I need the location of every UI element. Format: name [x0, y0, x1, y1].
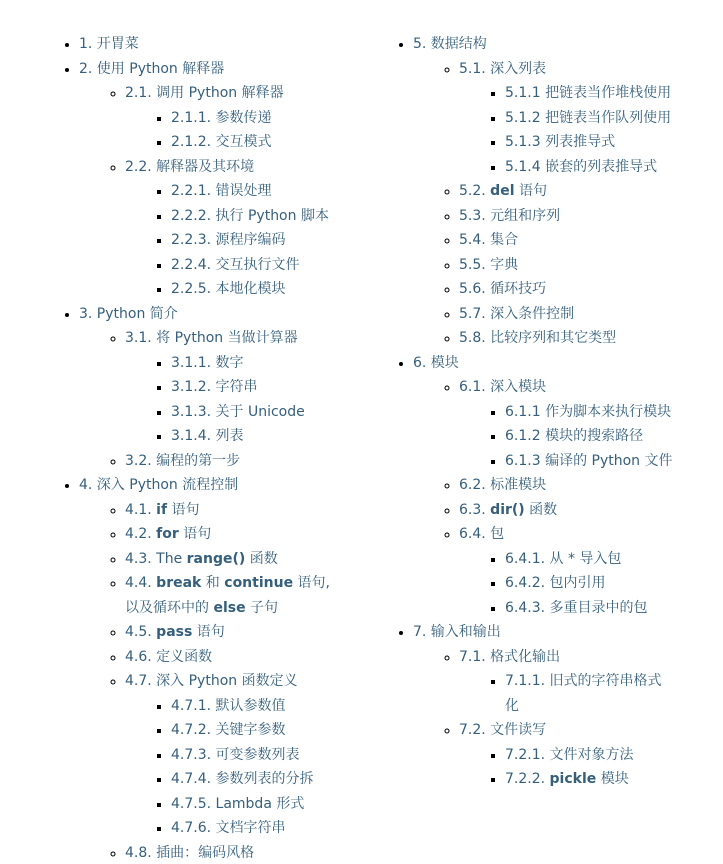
toc-item: 5.6. 循环技巧: [459, 277, 675, 302]
toc-link[interactable]: 6.4. 包: [459, 526, 504, 542]
toc-item: 6.1.3 编译的 Python 文件: [505, 449, 675, 474]
toc-item: 3.1.2. 字符串: [171, 375, 332, 400]
toc-link[interactable]: 3.1.1. 数字: [171, 355, 244, 371]
toc-item: 6.4. 包6.4.1. 从 * 导入包6.4.2. 包内引用6.4.3. 多重…: [459, 522, 675, 620]
toc-item: 6.3. dir() 函数: [459, 498, 675, 523]
toc-item: 5.5. 字典: [459, 253, 675, 278]
toc-link[interactable]: 2.1.2. 交互模式: [171, 134, 272, 150]
toc-item: 4.3. The range() 函数: [125, 547, 332, 572]
toc-item: 2.1.1. 参数传递: [171, 106, 332, 131]
toc-link[interactable]: 2.1. 调用 Python 解释器: [125, 85, 284, 101]
toc-item: 4.7.2. 关键字参数: [171, 718, 332, 743]
toc-item: 7.2. 文件读写7.2.1. 文件对象方法7.2.2. pickle 模块: [459, 718, 675, 792]
toc-link[interactable]: 6.1. 深入模块: [459, 379, 546, 395]
toc-item: 6. 模块6.1. 深入模块6.1.1 作为脚本来执行模块6.1.2 模块的搜索…: [413, 351, 675, 621]
toc-link[interactable]: 4.7.1. 默认参数值: [171, 698, 286, 714]
toc-item: 4.4. break 和 continue 语句, 以及循环中的 else 子句: [125, 571, 332, 620]
toc-item: 3.2. 编程的第一步: [125, 449, 332, 474]
toc-link[interactable]: 7. 输入和输出: [413, 624, 501, 640]
code-keyword: continue: [224, 575, 293, 591]
toc-link[interactable]: 5.1.1 把链表当作堆栈使用: [505, 85, 671, 101]
toc-item: 5.4. 集合: [459, 228, 675, 253]
toc-link[interactable]: 5.1. 深入列表: [459, 61, 546, 77]
toc-item: 2.2.1. 错误处理: [171, 179, 332, 204]
toc-link[interactable]: 2.2.1. 错误处理: [171, 183, 272, 199]
toc-link[interactable]: 6.3. dir() 函数: [459, 502, 557, 518]
toc-item: 6.1.1 作为脚本来执行模块: [505, 400, 675, 425]
toc-item: 2.1. 调用 Python 解释器2.1.1. 参数传递2.1.2. 交互模式: [125, 81, 332, 155]
toc-item: 5.1. 深入列表5.1.1 把链表当作堆栈使用5.1.2 把链表当作队列使用5…: [459, 57, 675, 180]
toc-item: 4.7.4. 参数列表的分拆: [171, 767, 332, 792]
toc-link[interactable]: 7.1. 格式化输出: [459, 649, 560, 665]
toc-link[interactable]: 5.3. 元组和序列: [459, 208, 560, 224]
toc-link[interactable]: 4. 深入 Python 流程控制: [79, 477, 238, 493]
toc-item: 7.1.1. 旧式的字符串格式化: [505, 669, 675, 718]
toc-link[interactable]: 4.4. break 和 continue 语句, 以及循环中的 else 子句: [125, 575, 330, 616]
toc-link[interactable]: 6.1.3 编译的 Python 文件: [505, 453, 673, 469]
toc-list-right: 5. 数据结构5.1. 深入列表5.1.1 把链表当作堆栈使用5.1.2 把链表…: [350, 32, 675, 792]
toc-item: 3.1.4. 列表: [171, 424, 332, 449]
toc-link[interactable]: 5.4. 集合: [459, 232, 518, 248]
toc-sublist: 3.1. 将 Python 当做计算器3.1.1. 数字3.1.2. 字符串3.…: [79, 326, 332, 473]
toc-link[interactable]: 4.8. 插曲：编码风格: [125, 845, 254, 861]
toc-link[interactable]: 6.4.2. 包内引用: [505, 575, 606, 591]
toc-link[interactable]: 6.1.1 作为脚本来执行模块: [505, 404, 671, 420]
toc-item: 4. 深入 Python 流程控制4.1. if 语句4.2. for 语句4.…: [79, 473, 332, 864]
toc-item: 6.4.2. 包内引用: [505, 571, 675, 596]
toc-sublist: 7.1. 格式化输出7.1.1. 旧式的字符串格式化7.2. 文件读写7.2.1…: [413, 645, 675, 792]
toc-link[interactable]: 4.7.5. Lambda 形式: [171, 796, 304, 812]
toc-link[interactable]: 3. Python 简介: [79, 306, 178, 322]
toc-item: 7.2.1. 文件对象方法: [505, 743, 675, 768]
toc-item: 4.1. if 语句: [125, 498, 332, 523]
toc-link[interactable]: 6.4.3. 多重目录中的包: [505, 600, 648, 616]
toc-link[interactable]: 4.7.2. 关键字参数: [171, 722, 286, 738]
toc-sublist: 5.1. 深入列表5.1.1 把链表当作堆栈使用5.1.2 把链表当作队列使用5…: [413, 57, 675, 351]
toc-item: 2.1.2. 交互模式: [171, 130, 332, 155]
toc-link[interactable]: 5.8. 比较序列和其它类型: [459, 330, 616, 346]
toc-sublist: 2.1.1. 参数传递2.1.2. 交互模式: [125, 106, 332, 155]
toc-sublist: 7.1.1. 旧式的字符串格式化: [459, 669, 675, 718]
toc-list-left: 1. 开胃菜2. 使用 Python 解释器2.1. 调用 Python 解释器…: [0, 32, 332, 864]
toc-item: 4.7.3. 可变参数列表: [171, 743, 332, 768]
toc-link[interactable]: 4.2. for 语句: [125, 526, 211, 542]
toc-item: 3.1.3. 关于 Unicode: [171, 400, 332, 425]
toc-item: 4.2. for 语句: [125, 522, 332, 547]
toc-link[interactable]: 2.1.1. 参数传递: [171, 110, 272, 126]
toc-item: 7.2.2. pickle 模块: [505, 767, 675, 792]
toc-link[interactable]: 6.2. 标准模块: [459, 477, 546, 493]
toc-link[interactable]: 2.2.3. 源程序编码: [171, 232, 286, 248]
toc-item: 4.5. pass 语句: [125, 620, 332, 645]
toc-item: 5.1.4 嵌套的列表推导式: [505, 155, 675, 180]
code-keyword: else: [213, 600, 245, 616]
code-keyword: range(): [187, 551, 246, 567]
toc-link[interactable]: 4.7.6. 文档字符串: [171, 820, 286, 836]
toc-link[interactable]: 7.1.1. 旧式的字符串格式化: [505, 673, 662, 714]
toc-item: 5.2. del 语句: [459, 179, 675, 204]
toc-link[interactable]: 4.7.4. 参数列表的分拆: [171, 771, 314, 787]
toc-sublist: 3.1.1. 数字3.1.2. 字符串3.1.3. 关于 Unicode3.1.…: [125, 351, 332, 449]
toc-link[interactable]: 6.1.2 模块的搜索路径: [505, 428, 643, 444]
toc-sublist: 6.4.1. 从 * 导入包6.4.2. 包内引用6.4.3. 多重目录中的包: [459, 547, 675, 621]
toc-link[interactable]: 7.2. 文件读写: [459, 722, 546, 738]
toc-item: 6.1.2 模块的搜索路径: [505, 424, 675, 449]
toc-item: 4.6. 定义函数: [125, 645, 332, 670]
toc-link[interactable]: 1. 开胃菜: [79, 36, 139, 52]
toc-item: 5.1.3 列表推导式: [505, 130, 675, 155]
code-keyword: break: [156, 575, 201, 591]
toc-item: 6.4.1. 从 * 导入包: [505, 547, 675, 572]
toc-sublist: 4.7.1. 默认参数值4.7.2. 关键字参数4.7.3. 可变参数列表4.7…: [125, 694, 332, 841]
toc-link[interactable]: 5. 数据结构: [413, 36, 487, 52]
toc-link[interactable]: 5.1.3 列表推导式: [505, 134, 615, 150]
toc-item: 2. 使用 Python 解释器2.1. 调用 Python 解释器2.1.1.…: [79, 57, 332, 302]
toc-link[interactable]: 5.1.4 嵌套的列表推导式: [505, 159, 657, 175]
toc-item: 5.3. 元组和序列: [459, 204, 675, 229]
toc-link[interactable]: 4.3. The range() 函数: [125, 551, 278, 567]
toc-link[interactable]: 3.1. 将 Python 当做计算器: [125, 330, 298, 346]
toc-link[interactable]: 3.1.2. 字符串: [171, 379, 258, 395]
toc-item: 5.8. 比较序列和其它类型: [459, 326, 675, 351]
code-keyword: pass: [156, 624, 192, 640]
toc-item: 3.1.1. 数字: [171, 351, 332, 376]
toc-link[interactable]: 5.6. 循环技巧: [459, 281, 546, 297]
toc-item: 2.2.2. 执行 Python 脚本: [171, 204, 332, 229]
toc-item: 6.2. 标准模块: [459, 473, 675, 498]
toc-link[interactable]: 4.7. 深入 Python 函数定义: [125, 673, 298, 689]
toc-sublist: 5.1.1 把链表当作堆栈使用5.1.2 把链表当作队列使用5.1.3 列表推导…: [459, 81, 675, 179]
toc-link[interactable]: 2. 使用 Python 解释器: [79, 61, 224, 77]
toc-column-left: 1. 开胃菜2. 使用 Python 解释器2.1. 调用 Python 解释器…: [0, 32, 350, 864]
toc-link[interactable]: 2.2.5. 本地化模块: [171, 281, 286, 297]
toc-link[interactable]: 4.6. 定义函数: [125, 649, 212, 665]
toc-item: 4.7. 深入 Python 函数定义4.7.1. 默认参数值4.7.2. 关键…: [125, 669, 332, 841]
toc-column-right: 5. 数据结构5.1. 深入列表5.1.1 把链表当作堆栈使用5.1.2 把链表…: [350, 32, 723, 864]
toc-item: 1. 开胃菜: [79, 32, 332, 57]
toc-item: 2.2.3. 源程序编码: [171, 228, 332, 253]
toc-link[interactable]: 3.1.4. 列表: [171, 428, 244, 444]
toc-item: 4.8. 插曲：编码风格: [125, 841, 332, 864]
toc-item: 7.1. 格式化输出7.1.1. 旧式的字符串格式化: [459, 645, 675, 719]
toc-link[interactable]: 4.5. pass 语句: [125, 624, 225, 640]
toc-link[interactable]: 5.1.2 把链表当作队列使用: [505, 110, 671, 126]
toc-item: 5.1.1 把链表当作堆栈使用: [505, 81, 675, 106]
toc-sublist: 7.2.1. 文件对象方法7.2.2. pickle 模块: [459, 743, 675, 792]
toc-link[interactable]: 2.2. 解释器及其环境: [125, 159, 254, 175]
code-keyword: for: [156, 526, 179, 542]
toc-item: 4.7.1. 默认参数值: [171, 694, 332, 719]
toc-link[interactable]: 2.2.4. 交互执行文件: [171, 257, 300, 273]
toc-item: 2.2.4. 交互执行文件: [171, 253, 332, 278]
toc-sublist: 6.1.1 作为脚本来执行模块6.1.2 模块的搜索路径6.1.3 编译的 Py…: [459, 400, 675, 474]
toc-link[interactable]: 4.7.3. 可变参数列表: [171, 747, 300, 763]
toc-item: 2.2.5. 本地化模块: [171, 277, 332, 302]
toc-sublist: 6.1. 深入模块6.1.1 作为脚本来执行模块6.1.2 模块的搜索路径6.1…: [413, 375, 675, 620]
toc-item: 4.7.6. 文档字符串: [171, 816, 332, 841]
toc-link[interactable]: 6. 模块: [413, 355, 459, 371]
toc-item: 7. 输入和输出7.1. 格式化输出7.1.1. 旧式的字符串格式化7.2. 文…: [413, 620, 675, 792]
toc-link[interactable]: 3.2. 编程的第一步: [125, 453, 240, 469]
code-keyword: dir(): [490, 502, 525, 518]
toc-item: 5. 数据结构5.1. 深入列表5.1.1 把链表当作堆栈使用5.1.2 把链表…: [413, 32, 675, 351]
toc-link[interactable]: 7.2.2. pickle 模块: [505, 771, 629, 787]
toc-item: 6.4.3. 多重目录中的包: [505, 596, 675, 621]
toc-sublist: 2.1. 调用 Python 解释器2.1.1. 参数传递2.1.2. 交互模式…: [79, 81, 332, 302]
toc-item: 6.1. 深入模块6.1.1 作为脚本来执行模块6.1.2 模块的搜索路径6.1…: [459, 375, 675, 473]
code-keyword: del: [490, 183, 514, 199]
toc-sublist: 2.2.1. 错误处理2.2.2. 执行 Python 脚本2.2.3. 源程序…: [125, 179, 332, 302]
toc-item: 5.1.2 把链表当作队列使用: [505, 106, 675, 131]
toc-item: 5.7. 深入条件控制: [459, 302, 675, 327]
code-keyword: pickle: [550, 771, 597, 787]
toc-link[interactable]: 3.1.3. 关于 Unicode: [171, 404, 305, 420]
toc-item: 3.1. 将 Python 当做计算器3.1.1. 数字3.1.2. 字符串3.…: [125, 326, 332, 449]
toc-link[interactable]: 2.2.2. 执行 Python 脚本: [171, 208, 329, 224]
toc-item: 3. Python 简介3.1. 将 Python 当做计算器3.1.1. 数字…: [79, 302, 332, 474]
toc-link[interactable]: 6.4.1. 从 * 导入包: [505, 551, 621, 567]
toc-link[interactable]: 5.2. del 语句: [459, 183, 547, 199]
toc-item: 2.2. 解释器及其环境2.2.1. 错误处理2.2.2. 执行 Python …: [125, 155, 332, 302]
toc-link[interactable]: 5.5. 字典: [459, 257, 518, 273]
toc-link[interactable]: 4.1. if 语句: [125, 502, 200, 518]
toc-sublist: 4.1. if 语句4.2. for 语句4.3. The range() 函数…: [79, 498, 332, 864]
table-of-contents: 1. 开胃菜2. 使用 Python 解释器2.1. 调用 Python 解释器…: [0, 0, 723, 864]
code-keyword: if: [156, 502, 167, 518]
toc-item: 4.7.5. Lambda 形式: [171, 792, 332, 817]
toc-link[interactable]: 5.7. 深入条件控制: [459, 306, 574, 322]
toc-link[interactable]: 7.2.1. 文件对象方法: [505, 747, 634, 763]
